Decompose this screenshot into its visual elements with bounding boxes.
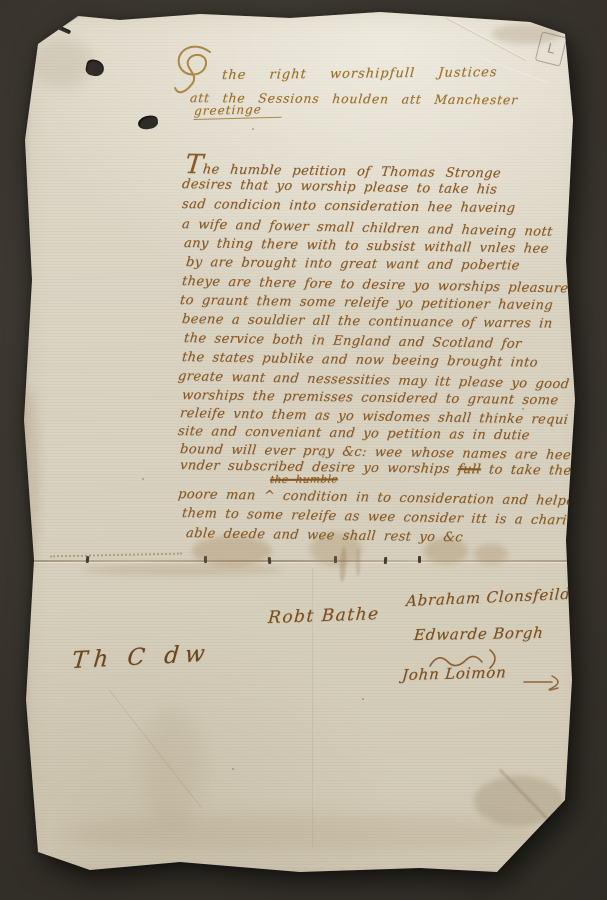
folio-mark-text: L (546, 41, 557, 57)
interlinear-insertion: the humble (270, 473, 339, 486)
stain (142, 708, 202, 828)
fold-crease-highlight (22, 562, 588, 563)
petition-line: any thing there with to subsist withall … (183, 236, 549, 257)
heading-line-1: the right worshipfull Justices (221, 65, 498, 83)
stain (474, 776, 564, 826)
stain (356, 548, 360, 576)
petition-line: them to some releife as wee consider itt… (181, 506, 573, 528)
petition-line: to graunt them some releife yo petitione… (179, 293, 553, 313)
signature-robt-bathe: Robt Bathe (267, 604, 380, 628)
petition-line: by are brought into great want and pober… (185, 255, 520, 273)
paper-speck (362, 698, 364, 700)
signature-abraham-clonsfeild: Abraham Clonsfeild (405, 585, 571, 610)
stitch-mark (384, 557, 387, 564)
manuscript-paper: L the right worshipfull Justices att the… (22, 8, 588, 880)
witness-initials-mark: Th C dw (71, 641, 212, 674)
stain (474, 544, 508, 564)
fold-edge-highlight (40, 10, 85, 40)
stain (82, 564, 282, 576)
paper-speck (252, 128, 254, 130)
stitch-mark (268, 557, 272, 564)
folio-pencil-mark: L (535, 31, 567, 66)
stain (32, 38, 92, 88)
paper-speck (232, 768, 234, 770)
petition-line: worships the premisses considered to gra… (181, 388, 559, 408)
paper-speck (522, 408, 524, 410)
stitch-mark (418, 556, 421, 563)
edge-slit (58, 26, 72, 35)
stitch-thread (50, 553, 182, 558)
paper-shadow-wrap: L the right worshipfull Justices att the… (0, 0, 607, 900)
photograph-backdrop: L the right worshipfull Justices att the… (0, 0, 607, 900)
signature-john-loimon: John Loimon (401, 663, 507, 684)
signature-edwarde-borgh: Edwarde Borgh (413, 624, 544, 644)
petition-line: poore man ^ condition in to consideratio… (177, 487, 575, 509)
petition-line: the service both in England and Scotland… (183, 331, 522, 352)
heading-line-3: greetinge (194, 102, 283, 120)
petition-line: beene a souldier all the continuance of … (181, 312, 553, 332)
worm-hole (137, 115, 159, 131)
stain (62, 814, 542, 854)
petition-line: site and conveniant and yo petition as i… (177, 424, 530, 443)
paper-speck (142, 478, 144, 480)
petition-line: the states publike and now beeing brough… (181, 350, 538, 371)
struck-word: full (457, 462, 482, 477)
signature-tail-flourish (522, 672, 568, 690)
petition-line-segment: to take these (488, 462, 587, 478)
stain (22, 388, 40, 568)
petition-line: sad condicion into consideration hee hav… (181, 197, 516, 216)
